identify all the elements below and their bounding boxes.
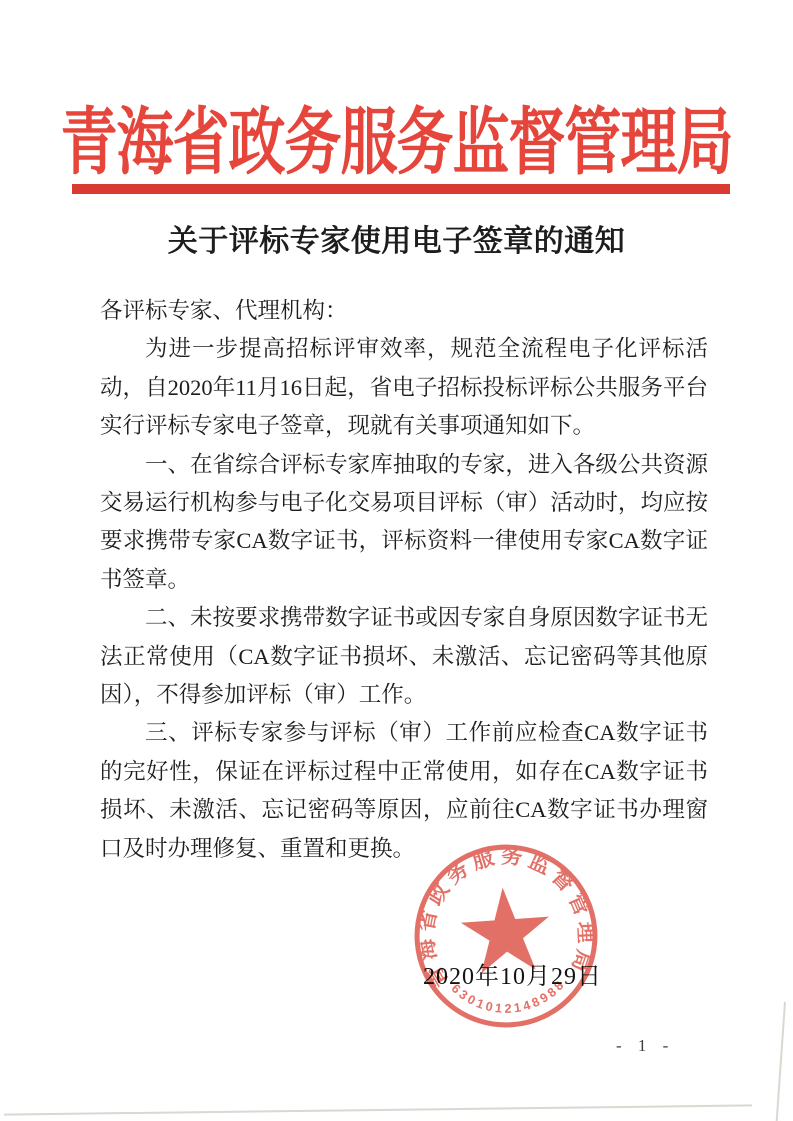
page-number: - 1 - [616, 1036, 674, 1056]
seal-star-icon [459, 885, 553, 975]
letterhead-org-name: 青海省政务服务监督管理局 [0, 84, 793, 189]
paragraph-intro: 为进一步提高招标评审效率，规范全流程电子化评标活动，自2020年11月16日起，… [100, 330, 708, 445]
document-body: 各评标专家、代理机构： 为进一步提高招标评审效率，规范全流程电子化评标活动，自2… [100, 292, 708, 868]
scan-page-edge-right [776, 1002, 786, 1121]
paragraph-item-2: 二、未按要求携带数字证书或因专家自身原因数字证书无法正常使用（CA数字证书损坏、… [100, 599, 708, 714]
document-title: 关于评标专家使用电子签章的通知 [0, 216, 793, 260]
scan-page-edge-bottom [4, 1104, 752, 1115]
official-seal: 青海省政务服务监督管理局 6301012148988 [402, 832, 609, 1039]
letterhead-divider [72, 184, 730, 194]
document-page: 青海省政务服务监督管理局 关于评标专家使用电子签章的通知 各评标专家、代理机构：… [0, 0, 793, 1121]
salutation: 各评标专家、代理机构： [100, 292, 708, 330]
paragraph-item-1: 一、在省综合评标专家库抽取的专家，进入各级公共资源交易运行机构参与电子化交易项目… [100, 446, 708, 600]
